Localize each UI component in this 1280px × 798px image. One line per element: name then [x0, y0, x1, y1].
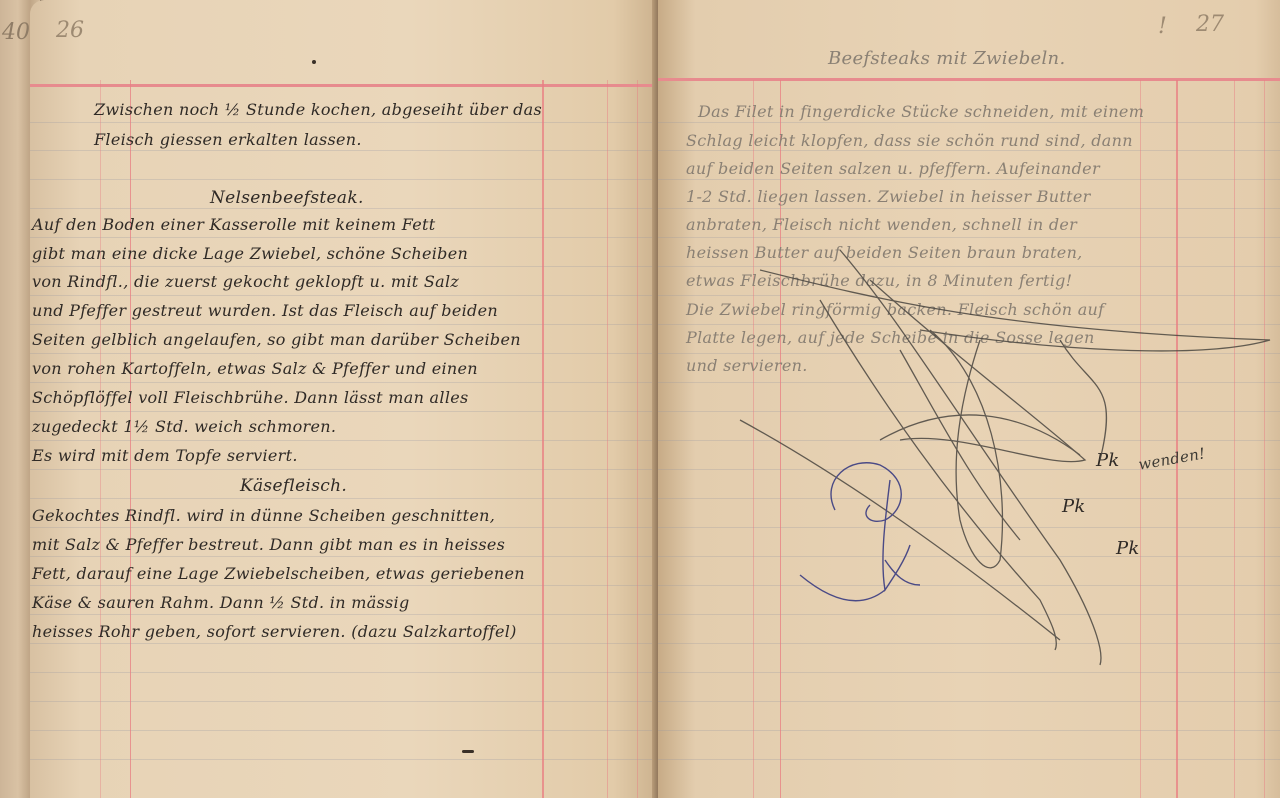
recipe-line: Das Filet in fingerdicke Stücke schneide…: [698, 102, 1144, 121]
recipe-line: heissen Butter auf beiden Seiten braun b…: [686, 243, 1083, 262]
recipe-line: mit Salz & Pfeffer bestreut. Dann gibt m…: [32, 535, 505, 554]
recipe-title: Käsefleisch.: [240, 476, 347, 496]
recipe-line: von rohen Kartoffeln, etwas Salz & Pfeff…: [32, 359, 478, 378]
recipe-title: Nelsenbeefsteak.: [210, 188, 364, 208]
margin-mark: !: [1158, 14, 1167, 39]
ink-dot: [312, 60, 316, 64]
recipe-line: zugedeckt 1½ Std. weich schmoren.: [32, 417, 336, 436]
page-number-right: 27: [1196, 12, 1224, 37]
top-red-rule: [30, 84, 664, 87]
recipe-title: Beefsteaks mit Zwiebeln.: [828, 48, 1065, 69]
recipe-line: auf beiden Seiten salzen u. pfeffern. Au…: [686, 159, 1100, 178]
recipe-line: Schlag leicht klopfen, dass sie schön ru…: [686, 131, 1133, 150]
recipe-line: Käse & sauren Rahm. Dann ½ Std. in mässi…: [32, 593, 410, 612]
recipe-line: etwas Fleischbrühe dazu, in 8 Minuten fe…: [686, 271, 1072, 290]
ink-mark: [462, 750, 474, 753]
recipe-line: und servieren.: [686, 356, 808, 375]
recipe-line: Seiten gelblich angelaufen, so gibt man …: [32, 330, 521, 349]
recipe-line: Gekochtes Rindfl. wird in dünne Scheiben…: [32, 506, 495, 525]
initials: Pk: [1096, 450, 1120, 471]
recipe-line: Es wird mit dem Topfe serviert.: [32, 446, 298, 465]
recipe-line: anbraten, Fleisch nicht wenden, schnell …: [686, 215, 1077, 234]
top-red-rule: [658, 78, 1280, 81]
recipe-line: 1-2 Std. liegen lassen. Zwiebel in heiss…: [686, 187, 1091, 206]
initials: Pk: [1062, 496, 1086, 517]
page-number-left: 26: [56, 18, 84, 43]
previous-page-number: 40: [2, 20, 30, 45]
left-page: 26 Zwischen noch ½ Stunde kochen, abgese…: [30, 0, 664, 798]
text-line: Zwischen noch ½ Stunde kochen, abgeseiht…: [94, 100, 542, 119]
text-line: Fleisch giessen erkalten lassen.: [94, 130, 362, 149]
right-page: 27 ! Beefsteaks mit Zwiebeln. Das Filet …: [658, 0, 1280, 798]
recipe-line: und Pfeffer gestreut wurden. Ist das Fle…: [32, 301, 498, 320]
recipe-line: gibt man eine dicke Lage Zwiebel, schöne…: [32, 244, 468, 263]
recipe-line: von Rindfl., die zuerst gekocht geklopft…: [32, 272, 459, 291]
recipe-line: Die Zwiebel ringförmig backen. Fleisch s…: [686, 300, 1104, 319]
recipe-line: Platte legen, auf jede Scheibe in die So…: [686, 328, 1095, 347]
recipe-line: Schöpflöffel voll Fleischbrühe. Dann läs…: [32, 388, 469, 407]
recipe-line: heisses Rohr geben, sofort servieren. (d…: [32, 622, 517, 641]
initials: Pk: [1116, 538, 1140, 559]
recipe-line: Auf den Boden einer Kasserolle mit keine…: [32, 215, 435, 234]
recipe-line: Fett, darauf eine Lage Zwiebelscheiben, …: [32, 564, 525, 583]
